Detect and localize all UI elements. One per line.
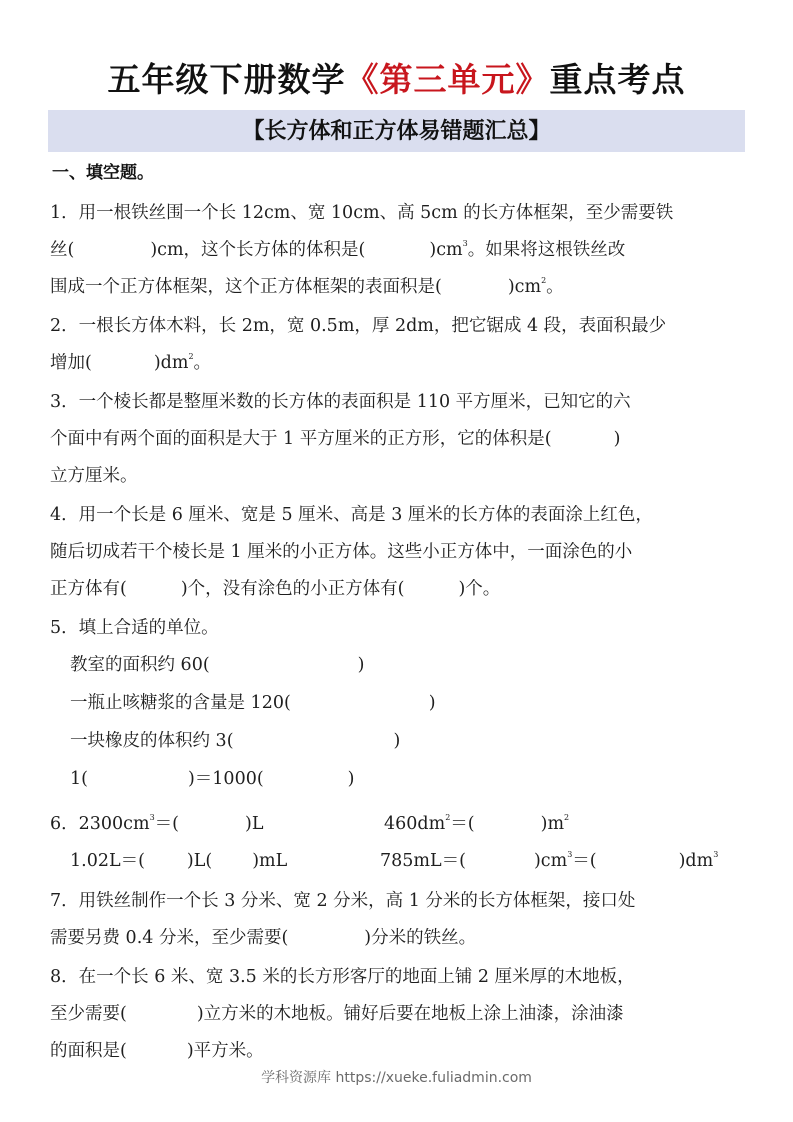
q4-text: 正方体有( [50,579,127,599]
q6-text: ＝( [450,814,474,834]
q1-text: 。 [546,277,564,297]
q6-text: 1.02L＝( [70,851,145,871]
q4-text: )个，没有涂色的小正方体有( [181,579,405,599]
q1-text: )cm [429,240,462,260]
q8-text: 的面积是( [50,1041,127,1061]
q8-text: 至少需要( [50,1004,127,1024]
q5-text: ) [429,693,436,713]
footer-watermark: 学科资源库 https://xueke.fuliadmin.com [0,1067,793,1089]
q6-text: )cm [534,851,567,871]
q6-text: )m [541,814,564,834]
question-7-line-1: 7．用铁丝制作一个长 3 分米、宽 2 分米，高 1 分米的长方体框架，接口处 [50,886,635,916]
question-6-line-1-right: 460dm2＝()m2 [384,809,569,839]
question-8-line-1: 8．在一个长 6 米、宽 3.5 米的长方形客厅的地面上铺 2 厘米厚的木地板， [50,962,635,992]
question-8-line-3: 的面积是()平方米。 [50,1036,264,1066]
title-prefix: 五年级下册数学 [108,60,346,99]
q4-text: )个。 [458,579,500,599]
question-4-line-2: 随后切成若干个棱长是 1 厘米的小正方体。这些小正方体中，一面涂色的小 [50,537,632,567]
question-6-line-2-left: 1.02L＝()L()mL [70,846,287,876]
q3-text: 个面中有两个面的面积是大于 1 平方厘米的正方形，它的体积是( [50,429,552,449]
question-1-line-2: 丝()cm，这个长方体的体积是()cm3。如果将这根铁丝改 [50,235,625,265]
question-4-line-1: 4．用一个长是 6 厘米、宽是 5 厘米、高是 3 厘米的长方体的表面涂上红色， [50,500,653,530]
q6-text: 785mL＝( [380,851,466,871]
q6-text: )L( [187,851,212,871]
q6-text: )dm [679,851,714,871]
question-4-line-3: 正方体有()个，没有涂色的小正方体有()个。 [50,574,500,604]
question-5-conversion: 1()＝1000() [70,764,355,794]
question-5-item: 一块橡皮的体积约 3() [70,726,400,756]
q5-text: 一块橡皮的体积约 3( [70,731,234,751]
question-2-line-2: 增加()dm2。 [50,348,211,378]
question-6-line-2-right: 785mL＝()cm3＝()dm3 [380,846,718,876]
question-3-line-3: 立方厘米。 [50,461,138,491]
q5-text: 教室的面积约 60( [70,655,210,675]
question-5-item: 教室的面积约 60() [70,650,365,680]
q1-text: )cm [508,277,541,297]
q8-text: )立方米的木地板。铺好后要在地板上涂上油漆，涂油漆 [197,1004,624,1024]
q7-text: 需要另费 0.4 分米，至少需要( [50,928,288,948]
question-3-line-1: 3．一个棱长都是整厘米数的长方体的表面积是 110 平方厘米，已知它的六 [50,387,631,417]
question-5-item: 一瓶止咳糖浆的含量是 120() [70,688,436,718]
question-5-line-1: 5．填上合适的单位。 [50,613,219,643]
q1-text: 围成一个正方体框架，这个正方体框架的表面积是( [50,277,442,297]
q3-text: ) [614,429,621,449]
q6-text: 6．2300cm [50,814,150,834]
q6-text: ＝( [572,851,596,871]
section-heading: 一、填空题。 [52,158,154,188]
q5-text: ) [358,655,365,675]
q5-text: ) [394,731,401,751]
question-2-line-1: 2．一根长方体木料，长 2m，宽 0.5m，厚 2dm，把它锯成 4 段，表面积… [50,311,666,341]
q2-text: )dm [154,353,189,373]
q7-text: )分米的铁丝。 [364,928,476,948]
question-1-line-1: 1．用一根铁丝围一个长 12cm、宽 10cm、高 5cm 的长方体框架，至少需… [50,198,673,228]
q5-text: 1( [70,769,88,789]
question-6-line-1-left: 6．2300cm3＝()L [50,809,263,839]
q6-text: )L [245,814,263,834]
q5-text: 一瓶止咳糖浆的含量是 120( [70,693,291,713]
q1-text: 。如果将这根铁丝改 [468,240,626,260]
q6-text: 460dm [384,814,445,834]
question-8-line-2: 至少需要()立方米的木地板。铺好后要在地板上涂上油漆，涂油漆 [50,999,624,1029]
document-title: 五年级下册数学《第三单元》重点考点 [0,56,793,104]
q1-text: )cm，这个长方体的体积是( [150,240,365,260]
q6-text: ＝( [155,814,179,834]
q6-text: )mL [252,851,287,871]
question-7-line-2: 需要另费 0.4 分米，至少需要()分米的铁丝。 [50,923,476,953]
subtitle-banner: 【长方体和正方体易错题汇总】 [48,110,745,152]
q5-text: )＝1000( [188,769,264,789]
superscript: 3 [713,850,718,859]
title-suffix: 重点考点 [550,60,686,99]
question-1-line-3: 围成一个正方体框架，这个正方体框架的表面积是()cm2。 [50,272,564,302]
q8-text: )平方米。 [187,1041,264,1061]
q2-text: 增加( [50,353,92,373]
q1-text: 丝( [50,240,74,260]
q5-text: ) [348,769,355,789]
q2-text: 。 [194,353,212,373]
title-highlight: 《第三单元》 [346,60,550,99]
superscript: 2 [564,813,569,822]
question-3-line-2: 个面中有两个面的面积是大于 1 平方厘米的正方形，它的体积是() [50,424,620,454]
